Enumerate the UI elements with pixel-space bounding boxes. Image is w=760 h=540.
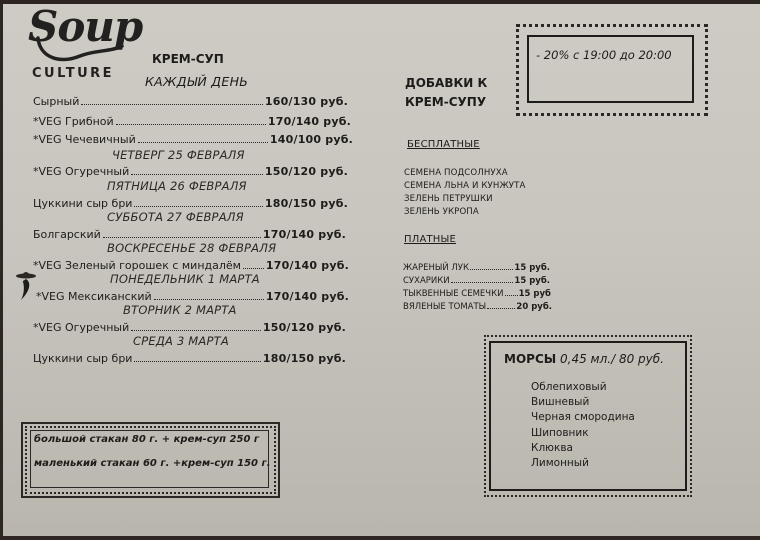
free-addons-heading: БЕСПЛАТНЫЕ [407,139,480,150]
chili-sombrero-icon [15,270,37,302]
addon-name: ЖАРЕНЫЙ ЛУК [403,263,469,273]
item-price: 180/150 руб. [263,352,346,365]
menu-item: Сырный 160/130 руб. [33,94,348,109]
addons-title: ДОБАВКИ К КРЕМ-СУПУ [405,74,487,112]
mors-item: Вишневый [531,395,635,410]
item-name: Сырный [33,95,79,108]
dot-leader [487,301,515,309]
item-price: 160/130 руб. [265,95,348,108]
menu-item: Цуккини сыр бри 180/150 руб. [33,351,346,366]
day-heading: ВОСКРЕСЕНЬЕ 28 ФЕВРАЛЯ [107,241,276,255]
addons-title-line2: КРЕМ-СУПУ [405,93,487,112]
item-price: 170/140 руб. [266,290,349,303]
dot-leader [505,288,518,296]
combo-small: маленький стакан 60 г. +крем-суп 150 г. [34,458,271,469]
addon-price: 15 руб [519,289,551,299]
dot-leader [116,114,266,125]
free-addon: СЕМЕНА ПОДСОЛНУХА [404,167,525,180]
addon-name: ВЯЛЕНЫЕ ТОМАТЫ [403,302,486,312]
item-name: *VEG Зеленый горошек с миндалём [33,259,241,272]
free-addon: СЕМЕНА ЛЬНА И КУНЖУТА [404,180,525,193]
menu-item: *VEG Чечевичный 140/100 руб. [33,132,353,147]
mors-title: МОРСЫ 0,45 мл./ 80 руб. [504,352,664,366]
menu-item: *VEG Зеленый горошек с миндалём 170/140 … [33,258,349,273]
mors-item: Облепиховый [531,380,635,395]
dot-leader [131,320,261,331]
addon-price: 20 руб. [516,302,552,312]
menu-subtitle: КАЖДЫЙ ДЕНЬ [145,74,248,89]
menu-item: Болгарский 170/140 руб. [33,227,346,242]
dot-leader [243,258,264,269]
item-name: *VEG Огуречный [33,165,129,178]
item-price: 180/150 руб. [265,197,348,210]
item-name: Цуккини сыр бри [33,197,132,210]
item-price: 150/120 руб. [265,165,348,178]
mors-item: Клюква [531,441,635,456]
logo-culture-text: CULTURE [32,66,114,81]
mors-list: Облепиховый Вишневый Черная смородина Ши… [531,380,635,471]
addon-price: 15 руб. [514,263,550,273]
item-price: 170/140 руб. [268,115,351,128]
addon-name: СУХАРИКИ [403,276,450,286]
item-name: *VEG Огуречный [33,321,129,334]
addon-price: 15 руб. [514,276,550,286]
mors-item: Шиповник [531,426,635,441]
menu-item: Цуккини сыр бри 180/150 руб. [33,196,348,211]
dot-leader [81,94,263,105]
day-heading: СУББОТА 27 ФЕВРАЛЯ [107,210,244,224]
item-price: 170/140 руб. [263,228,346,241]
menu-title: КРЕМ-СУП [152,52,224,66]
item-price: 170/140 руб. [266,259,349,272]
dot-leader [451,275,514,283]
mors-price: 0,45 мл./ 80 руб. [560,352,664,366]
dot-leader [138,132,268,143]
mors-title-label: МОРСЫ [504,352,556,366]
item-name: *VEG Грибной [33,115,114,128]
paid-addon: ЖАРЕНЫЙ ЛУК 15 руб. [403,262,550,274]
paid-addons-heading: ПЛАТНЫЕ [404,234,456,245]
item-name: Цуккини сыр бри [33,352,132,365]
dot-leader [134,196,262,207]
logo-swash-icon [30,30,130,70]
dot-leader [154,289,264,300]
day-heading: ПЯТНИЦА 26 ФЕВРАЛЯ [107,179,247,193]
promo-text: - 20% с 19:00 до 20:00 [536,48,672,62]
promo-box [527,35,694,103]
dot-leader [134,351,260,362]
day-heading: СРЕДА 3 МАРТА [133,334,229,348]
combo-large: большой стакан 80 г. + крем-суп 250 г [34,434,259,445]
paid-addon: ТЫКВЕННЫЕ СЕМЕЧКИ 15 руб [403,288,551,300]
menu-item: *VEG Огуречный 150/120 руб. [33,320,346,335]
dot-leader [470,262,513,270]
day-heading: ВТОРНИК 2 МАРТА [123,303,237,317]
menu-item: *VEG Грибной 170/140 руб. [33,114,351,129]
day-heading: ПОНЕДЕЛЬНИК 1 МАРТА [110,272,260,286]
free-addon: ЗЕЛЕНЬ ПЕТРУШКИ [404,193,525,206]
mors-item: Черная смородина [531,410,635,425]
dot-leader [103,227,261,238]
item-name: *VEG Мексиканский [36,290,152,303]
menu-item: *VEG Огуречный 150/120 руб. [33,164,348,179]
dot-leader [131,164,263,175]
paid-addon: СУХАРИКИ 15 руб. [403,275,550,287]
free-addon: ЗЕЛЕНЬ УКРОПА [404,206,525,219]
paid-addon: ВЯЛЕНЫЕ ТОМАТЫ 20 руб. [403,301,552,313]
menu-item: *VEG Мексиканский 170/140 руб. [36,289,349,304]
item-price: 150/120 руб. [263,321,346,334]
free-addons-list: СЕМЕНА ПОДСОЛНУХА СЕМЕНА ЛЬНА И КУНЖУТА … [404,167,525,219]
addons-title-line1: ДОБАВКИ К [405,74,487,93]
mors-item: Лимонный [531,456,635,471]
item-name: *VEG Чечевичный [33,133,136,146]
item-name: Болгарский [33,228,101,241]
item-price: 140/100 руб. [270,133,353,146]
addon-name: ТЫКВЕННЫЕ СЕМЕЧКИ [403,289,504,299]
day-heading: ЧЕТВЕРГ 25 ФЕВРАЛЯ [112,148,245,162]
